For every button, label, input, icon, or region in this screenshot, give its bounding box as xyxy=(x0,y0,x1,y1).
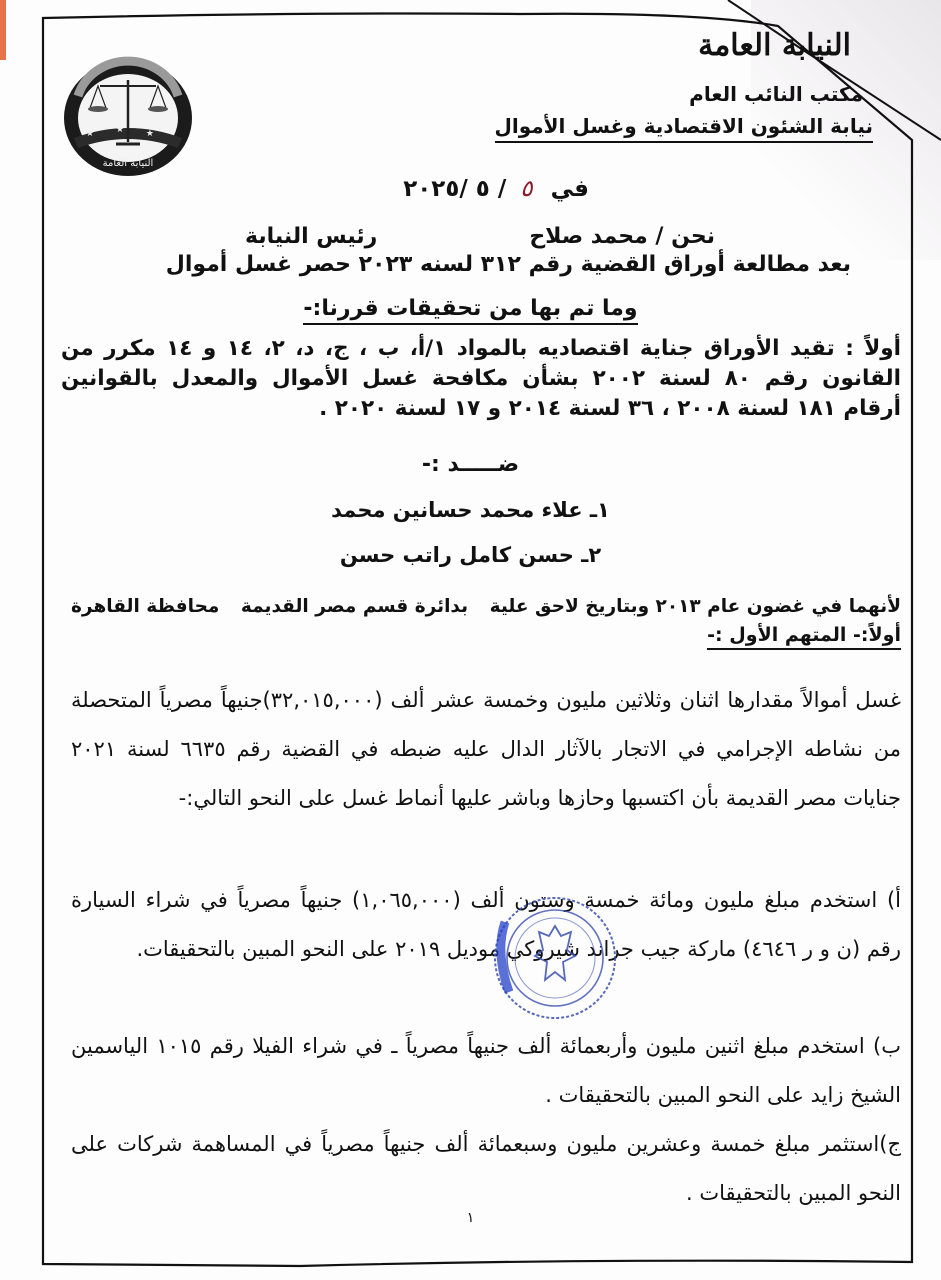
document-date: في ٥ / ٥ /٢٠٢٥ xyxy=(403,176,589,202)
accused-1: ١ـ علاء محمد حسانين محمد xyxy=(0,498,941,522)
svg-text:★: ★ xyxy=(146,129,154,139)
accused-2: ٢ـ حسن كامل راتب حسن xyxy=(0,543,941,567)
case-reference: بعد مطالعة أوراق القضية رقم ٣١٢ لسنه ٢٠٢… xyxy=(166,252,851,277)
offense-time: لأنهما في غضون عام ٢٠١٣ وبتاريخ لاحق علي… xyxy=(490,596,901,617)
office-title: مكتب النائب العام xyxy=(689,82,863,106)
offense-time-place: لأنهما في غضون عام ٢٠١٣ وبتاريخ لاحق علي… xyxy=(71,596,901,617)
prosecutor-line: نحن / محمد صلاح رئيس النيابة xyxy=(245,224,715,249)
department-title: نيابة الشئون الاقتصادية وغسل الأموال xyxy=(495,114,873,143)
eagle-stamp-icon xyxy=(487,892,622,1027)
offense-district: بدائرة قسم مصر القديمة xyxy=(241,596,468,617)
prosecutor-name: نحن / محمد صلاح xyxy=(529,224,715,249)
prosecutor-title: رئيس النيابة xyxy=(245,224,377,249)
first-decision-paragraph: أولاً : تقيد الأوراق جناية اقتصاديه بالم… xyxy=(61,334,901,424)
charge-item-c: ج)استثمر مبلغ خمسة وعشرين مليون وسبعمائة… xyxy=(71,1120,901,1218)
first-accused-heading: أولاً:- المتهم الأول :- xyxy=(707,624,901,650)
authority-title: النيابة العامة xyxy=(698,28,851,63)
svg-text:النيابة العامة: النيابة العامة xyxy=(103,158,154,169)
handwritten-day: ٥ xyxy=(520,176,532,202)
date-prefix: في xyxy=(551,176,589,202)
decided-heading: وما تم بها من تحقيقات قررنا:- xyxy=(0,296,941,321)
charge-paragraph: غسل أموالاً مقدارها اثنان وثلاثين مليون … xyxy=(71,676,901,823)
document-page: النيابة العامة مكتب النائب العام نيابة ا… xyxy=(0,0,941,1280)
scales-of-justice-icon: النيابة العامة ★ ★ ★ xyxy=(60,56,196,180)
charge-item-a: أ) استخدم مبلغ مليون ومائة خمسة وستون أل… xyxy=(71,876,901,974)
against-heading: ضـــــد :- xyxy=(0,452,941,477)
date-rest: / ٥ /٢٠٢٥ xyxy=(403,176,506,202)
svg-text:★: ★ xyxy=(116,125,124,135)
charge-item-b: ب) استخدم مبلغ اثنين مليون وأربعمائة ألف… xyxy=(71,1022,901,1120)
page-number: ١ xyxy=(0,1210,941,1226)
offense-governorate: محافظة القاهرة xyxy=(71,596,219,617)
svg-text:★: ★ xyxy=(86,129,94,139)
